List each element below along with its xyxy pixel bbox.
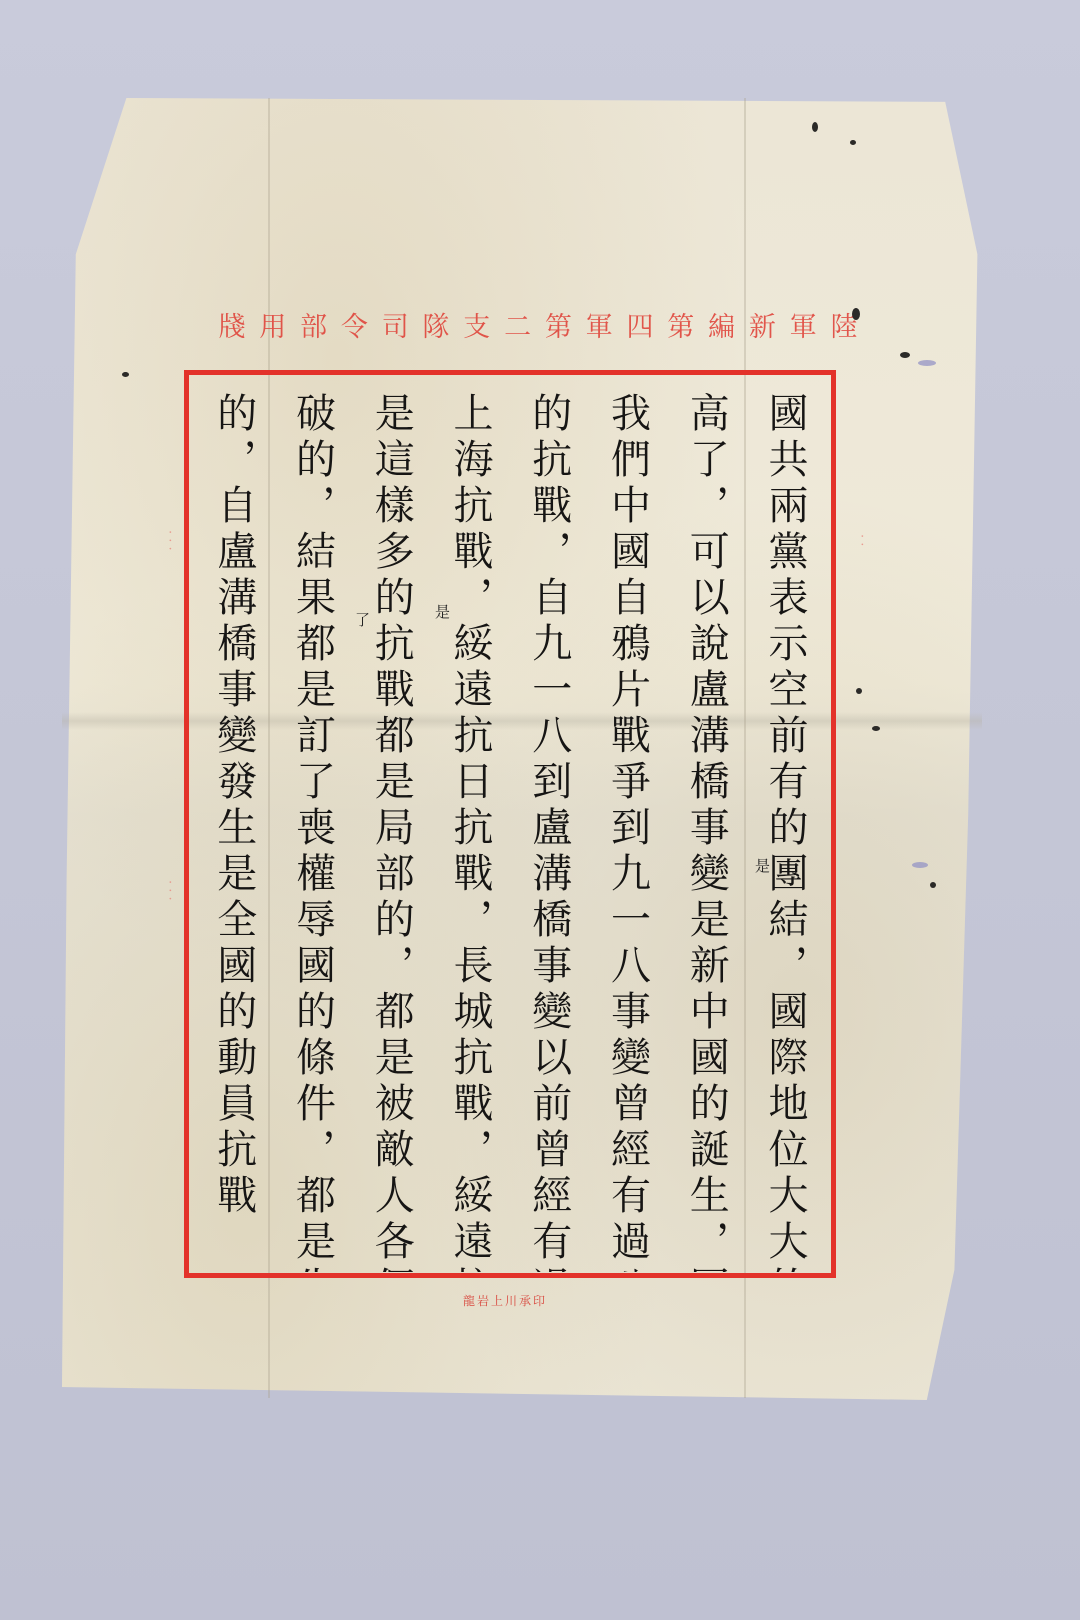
text-column-8: 的，自盧溝橋事變發生是全國的動員抗戰 — [196, 392, 275, 1272]
letterhead-char: 新 — [742, 305, 782, 344]
handwritten-body: 國共兩黨表示空前有的團結，國際地位大大的提 高了，可以說盧溝橋事變是新中國的誕生… — [196, 392, 826, 1272]
letterhead-char: 軍 — [579, 305, 619, 344]
printer-mark: 龍岩上川承印 — [450, 1292, 560, 1309]
letterhead-char: 第 — [538, 305, 578, 344]
text-column-2: 高了，可以說盧溝橋事變是新中國的誕生，因為 — [669, 392, 748, 1272]
right-margin-mark: · · — [852, 460, 872, 620]
ink-speck — [872, 726, 880, 731]
ink-speck — [122, 372, 129, 377]
letterhead-char: 第 — [661, 305, 701, 344]
left-margin-mark: · · · — [160, 820, 180, 960]
ink-speck — [852, 308, 860, 320]
letterhead-char: 隊 — [416, 305, 456, 344]
insertion-annotation: 是 — [752, 858, 773, 873]
letterhead-char: 編 — [702, 305, 742, 344]
letterhead-char: 牋 — [212, 305, 252, 344]
letterhead-char: 支 — [457, 305, 497, 344]
ink-speck — [900, 352, 910, 358]
insertion-annotation: 是 — [432, 604, 453, 619]
text-column-4: 的抗戰，自九一八到盧溝橋事變以前曾經有過 — [511, 392, 590, 1272]
letterhead-char: 用 — [253, 305, 293, 344]
letterhead-char: 司 — [375, 305, 415, 344]
letterhead-char: 部 — [294, 305, 334, 344]
text-column-7: 破的，結果都是訂了喪權辱國的條件，都是失敗 — [275, 392, 354, 1272]
text-column-3: 我們中國自鴉片戰爭到九一八事變曾經有過八次 — [590, 392, 669, 1272]
letterhead-char: 令 — [334, 305, 374, 344]
letterhead-char: 四 — [620, 305, 660, 344]
stain — [912, 862, 928, 868]
ink-speck — [856, 688, 862, 694]
ink-speck — [850, 140, 856, 145]
insertion-annotation: 了 — [352, 612, 373, 627]
letterhead-title: 陸 軍 新 編 第 四 軍 第 二 支 隊 司 令 部 用 牋 — [212, 304, 864, 344]
left-margin-mark: · · · — [160, 470, 180, 610]
text-column-6: 是這樣多的抗戰都是局部的，都是被敵人各個擊 — [354, 392, 433, 1272]
ink-speck — [812, 122, 818, 132]
stain — [918, 360, 936, 366]
letterhead-char: 軍 — [783, 305, 823, 344]
text-column-1: 國共兩黨表示空前有的團結，國際地位大大的提 — [747, 392, 826, 1272]
text-column-5: 上海抗戰，綏遠抗日抗戰，長城抗戰，綏遠抗戰，但 — [432, 392, 511, 1272]
ink-speck — [930, 882, 936, 888]
letterhead-char: 二 — [498, 305, 538, 344]
